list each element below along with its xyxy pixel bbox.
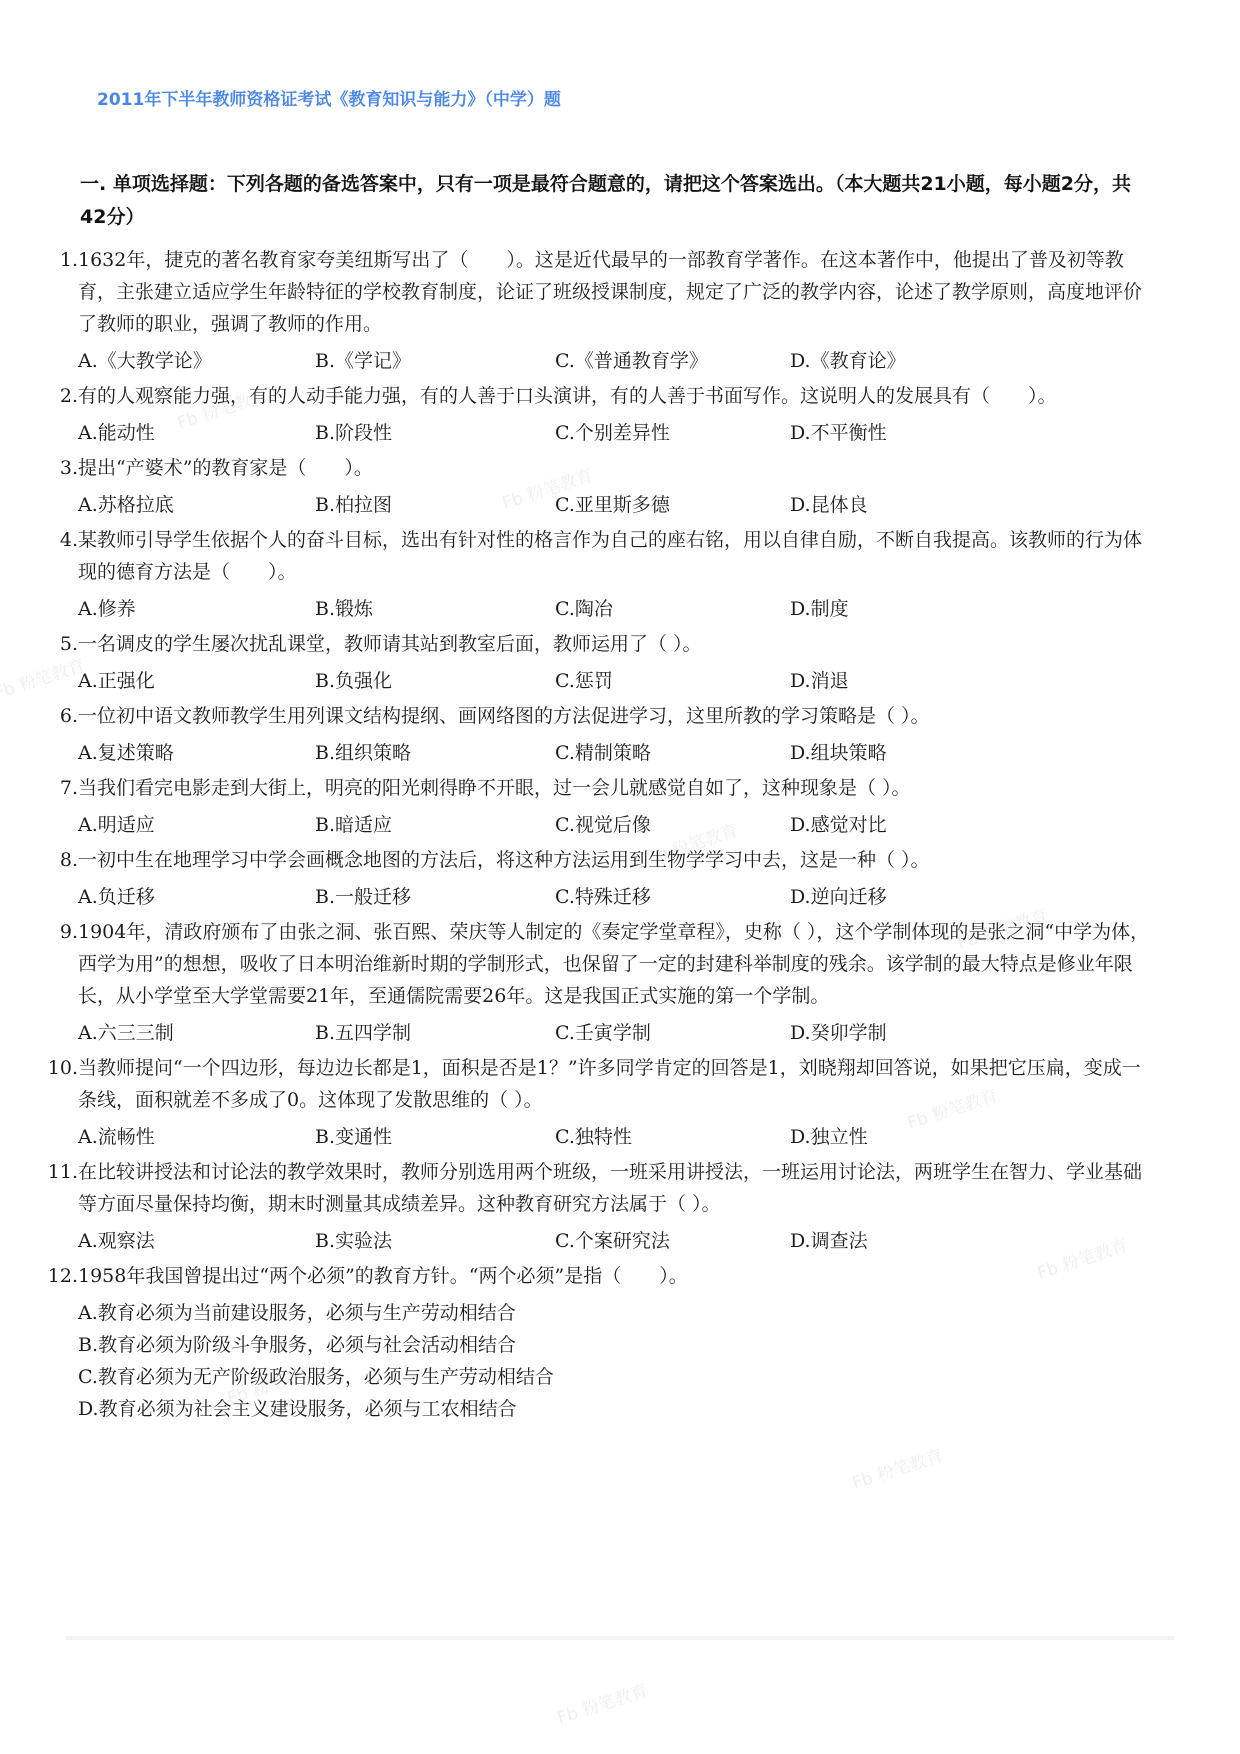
option: A.《大教学论》 — [78, 345, 315, 377]
question-block: 8.一初中生在地理学习中学会画概念地图的方法后，将这种方法运用到生物学学习中去，… — [78, 844, 1153, 913]
option: C.教育必须为无产阶级政治服务，必须与生产劳动相结合 — [78, 1361, 1153, 1393]
option: C.个别差异性 — [555, 417, 790, 449]
question-body: 在比较讲授法和讨论法的教学效果时，教师分别选用两个班级，一班采用讲授法，一班运用… — [78, 1161, 1142, 1215]
question-block: 1.1632年，捷克的著名教育家夸美纽斯写出了（ ）。这是近代最早的一部教育学著… — [78, 244, 1153, 377]
question-number: 2. — [60, 380, 78, 412]
exam-page: 2011年下半年教师资格证考试《教育知识与能力》（中学）题 一. 单项选择题：下… — [0, 0, 1240, 1754]
options-group: A.六三三制B.五四学制C.壬寅学制D.癸卯学制 — [78, 1017, 1153, 1049]
question-block: 11.在比较讲授法和讨论法的教学效果时，教师分别选用两个班级，一班采用讲授法，一… — [78, 1156, 1153, 1257]
option: B.阶段性 — [315, 417, 555, 449]
question-number: 7. — [60, 772, 78, 804]
options-group: A.修养B.锻炼C.陶冶D.制度 — [78, 593, 1153, 625]
option: C.精制策略 — [555, 737, 790, 769]
question-text: 2.有的人观察能力强，有的人动手能力强，有的人善于口头演讲，有的人善于书面写作。… — [78, 380, 1153, 412]
question-list: 1.1632年，捷克的著名教育家夸美纽斯写出了（ ）。这是近代最早的一部教育学著… — [78, 244, 1153, 1425]
question-body: 1904年，清政府颁布了由张之洞、张百熙、荣庆等人制定的《奏定学堂章程》，史称（… — [78, 921, 1149, 1007]
question-number: 1. — [60, 244, 78, 276]
option: D.癸卯学制 — [790, 1017, 1153, 1049]
option: A.苏格拉底 — [78, 489, 315, 521]
question-text: 4.某教师引导学生依据个人的奋斗目标，选出有针对性的格言作为自己的座右铭，用以自… — [78, 524, 1153, 588]
question-block: 9.1904年，清政府颁布了由张之洞、张百熙、荣庆等人制定的《奏定学堂章程》，史… — [78, 916, 1153, 1049]
question-body: 当我们看完电影走到大街上，明亮的阳光刺得睁不开眼，过一会儿就感觉自如了，这种现象… — [78, 777, 911, 799]
option: D.独立性 — [790, 1121, 1153, 1153]
question-number: 3. — [60, 452, 78, 484]
question-body: 1632年，捷克的著名教育家夸美纽斯写出了（ ）。这是近代最早的一部教育学著作。… — [78, 249, 1142, 335]
option: A.负迁移 — [78, 881, 315, 913]
question-block: 4.某教师引导学生依据个人的奋斗目标，选出有针对性的格言作为自己的座右铭，用以自… — [78, 524, 1153, 625]
options-group: A.正强化B.负强化C.惩罚D.消退 — [78, 665, 1153, 697]
question-text: 6.一位初中语文教师教学生用列课文结构提纲、画网络图的方法促进学习，这里所教的学… — [78, 700, 1153, 732]
question-body: 有的人观察能力强，有的人动手能力强，有的人善于口头演讲，有的人善于书面写作。这说… — [78, 385, 1057, 407]
option: C.独特性 — [555, 1121, 790, 1153]
question-text: 7.当我们看完电影走到大街上，明亮的阳光刺得睁不开眼，过一会儿就感觉自如了，这种… — [78, 772, 1153, 804]
option: D.昆体良 — [790, 489, 1153, 521]
option: A.明适应 — [78, 809, 315, 841]
question-body: 一位初中语文教师教学生用列课文结构提纲、画网络图的方法促进学习，这里所教的学习策… — [78, 705, 930, 727]
page-divider — [65, 1636, 1175, 1640]
question-text: 10.当教师提问“一个四边形，每边边长都是1，面积是否是1？”许多同学肯定的回答… — [78, 1052, 1153, 1116]
option: C.惩罚 — [555, 665, 790, 697]
option: B.实验法 — [315, 1225, 555, 1257]
option: A.观察法 — [78, 1225, 315, 1257]
question-text: 9.1904年，清政府颁布了由张之洞、张百熙、荣庆等人制定的《奏定学堂章程》，史… — [78, 916, 1153, 1012]
question-text: 12.1958年我国曾提出过“两个必须”的教育方针。“两个必须”是指（ ）。 — [78, 1260, 1153, 1292]
question-body: 当教师提问“一个四边形，每边边长都是1，面积是否是1？”许多同学肯定的回答是1，… — [78, 1057, 1141, 1111]
option: B.锻炼 — [315, 593, 555, 625]
option: A.正强化 — [78, 665, 315, 697]
option: B.负强化 — [315, 665, 555, 697]
option: B.五四学制 — [315, 1017, 555, 1049]
option: C.壬寅学制 — [555, 1017, 790, 1049]
option: C.特殊迁移 — [555, 881, 790, 913]
option: D.《教育论》 — [790, 345, 1153, 377]
option: A.能动性 — [78, 417, 315, 449]
option: A.复述策略 — [78, 737, 315, 769]
question-text: 5.一名调皮的学生屡次扰乱课堂，教师请其站到教室后面，教师运用了（ ）。 — [78, 628, 1153, 660]
question-number: 9. — [60, 916, 78, 948]
option: D.感觉对比 — [790, 809, 1153, 841]
option: B.教育必须为阶级斗争服务，必须与社会活动相结合 — [78, 1329, 1153, 1361]
option: D.组块策略 — [790, 737, 1153, 769]
options-group: A.教育必须为当前建设服务，必须与生产劳动相结合B.教育必须为阶级斗争服务，必须… — [78, 1297, 1153, 1425]
question-body: 某教师引导学生依据个人的奋斗目标，选出有针对性的格言作为自己的座右铭，用以自律自… — [78, 529, 1142, 583]
question-body: 一初中生在地理学习中学会画概念地图的方法后，将这种方法运用到生物学学习中去，这是… — [78, 849, 930, 871]
question-body: 一名调皮的学生屡次扰乱课堂，教师请其站到教室后面，教师运用了（ ）。 — [78, 633, 702, 655]
question-number: 11. — [48, 1156, 78, 1188]
question-block: 12.1958年我国曾提出过“两个必须”的教育方针。“两个必须”是指（ ）。 A… — [78, 1260, 1153, 1425]
options-group: A.复述策略B.组织策略C.精制策略D.组块策略 — [78, 737, 1153, 769]
options-group: A.能动性B.阶段性C.个别差异性D.不平衡性 — [78, 417, 1153, 449]
option: D.逆向迁移 — [790, 881, 1153, 913]
question-text: 8.一初中生在地理学习中学会画概念地图的方法后，将这种方法运用到生物学学习中去，… — [78, 844, 1153, 876]
option: A.流畅性 — [78, 1121, 315, 1153]
option: C.视觉后像 — [555, 809, 790, 841]
option: B.《学记》 — [315, 345, 555, 377]
option: B.组织策略 — [315, 737, 555, 769]
options-group: A.《大教学论》B.《学记》C.《普通教育学》D.《教育论》 — [78, 345, 1153, 377]
option: B.变通性 — [315, 1121, 555, 1153]
question-text: 11.在比较讲授法和讨论法的教学效果时，教师分别选用两个班级，一班采用讲授法，一… — [78, 1156, 1153, 1220]
question-number: 6. — [60, 700, 78, 732]
option: A.六三三制 — [78, 1017, 315, 1049]
option: D.制度 — [790, 593, 1153, 625]
question-block: 2.有的人观察能力强，有的人动手能力强，有的人善于口头演讲，有的人善于书面写作。… — [78, 380, 1153, 449]
question-text: 1.1632年，捷克的著名教育家夸美纽斯写出了（ ）。这是近代最早的一部教育学著… — [78, 244, 1153, 340]
question-number: 5. — [60, 628, 78, 660]
question-number: 8. — [60, 844, 78, 876]
option: C.个案研究法 — [555, 1225, 790, 1257]
option: C.亚里斯多德 — [555, 489, 790, 521]
question-number: 10. — [48, 1052, 78, 1084]
option: D.不平衡性 — [790, 417, 1153, 449]
options-group: A.明适应B.暗适应C.视觉后像D.感觉对比 — [78, 809, 1153, 841]
option: A.教育必须为当前建设服务，必须与生产劳动相结合 — [78, 1297, 1153, 1329]
option: C.陶冶 — [555, 593, 790, 625]
option: D.教育必须为社会主义建设服务，必须与工农相结合 — [78, 1393, 1153, 1425]
question-number: 12. — [48, 1260, 78, 1292]
option: B.柏拉图 — [315, 489, 555, 521]
question-body: 1958年我国曾提出过“两个必须”的教育方针。“两个必须”是指（ ）。 — [78, 1265, 688, 1287]
option: D.调查法 — [790, 1225, 1153, 1257]
page-title: 2011年下半年教师资格证考试《教育知识与能力》（中学）题 — [97, 88, 1153, 112]
question-number: 4. — [60, 524, 78, 556]
option: C.《普通教育学》 — [555, 345, 790, 377]
option: B.一般迁移 — [315, 881, 555, 913]
options-group: A.负迁移B.一般迁移C.特殊迁移D.逆向迁移 — [78, 881, 1153, 913]
question-body: 提出“产婆术”的教育家是（ ）。 — [78, 457, 373, 479]
question-block: 3.提出“产婆术”的教育家是（ ）。 A.苏格拉底B.柏拉图C.亚里斯多德D.昆… — [78, 452, 1153, 521]
option: A.修养 — [78, 593, 315, 625]
question-block: 10.当教师提问“一个四边形，每边边长都是1，面积是否是1？”许多同学肯定的回答… — [78, 1052, 1153, 1153]
question-block: 6.一位初中语文教师教学生用列课文结构提纲、画网络图的方法促进学习，这里所教的学… — [78, 700, 1153, 769]
question-text: 3.提出“产婆术”的教育家是（ ）。 — [78, 452, 1153, 484]
options-group: A.观察法B.实验法C.个案研究法D.调查法 — [78, 1225, 1153, 1257]
question-block: 7.当我们看完电影走到大街上，明亮的阳光刺得睁不开眼，过一会儿就感觉自如了，这种… — [78, 772, 1153, 841]
options-group: A.流畅性B.变通性C.独特性D.独立性 — [78, 1121, 1153, 1153]
option: B.暗适应 — [315, 809, 555, 841]
option: D.消退 — [790, 665, 1153, 697]
question-block: 5.一名调皮的学生屡次扰乱课堂，教师请其站到教室后面，教师运用了（ ）。 A.正… — [78, 628, 1153, 697]
options-group: A.苏格拉底B.柏拉图C.亚里斯多德D.昆体良 — [78, 489, 1153, 521]
section-header: 一. 单项选择题：下列各题的备选答案中，只有一项是最符合题意的，请把这个答案选出… — [80, 168, 1153, 234]
